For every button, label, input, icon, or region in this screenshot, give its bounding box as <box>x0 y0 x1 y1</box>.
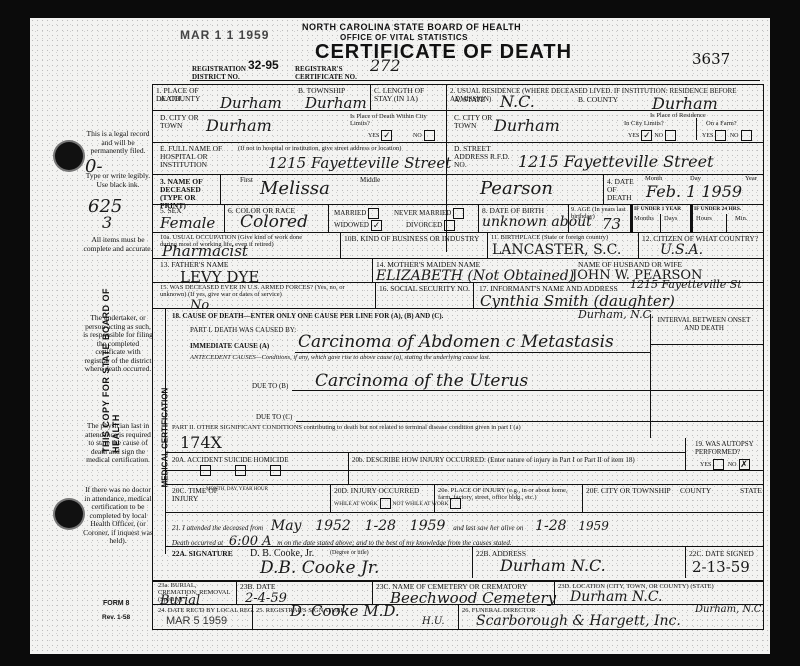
last-name-value[interactable]: Pearson <box>480 178 553 199</box>
no-checkbox[interactable] <box>424 130 435 141</box>
note-legal-record: This is a legal record and will be perma… <box>82 130 154 156</box>
business-label: 10b. KIND OF BUSINESS OR INDUSTRY <box>344 235 479 243</box>
burial-date-label: 23b. DATE <box>240 583 275 591</box>
time-hint: MONTH, DAY, YEAR HOUR <box>206 487 268 492</box>
note-no-doctor: If there was no doctor in attendance, me… <box>82 486 154 546</box>
within-limits-no[interactable]: NO <box>413 130 437 141</box>
armed-forces-value[interactable]: No <box>190 298 209 313</box>
county-label: a. COUNTY <box>160 95 200 103</box>
hospital-label: e. FULL NAME OF HOSPITAL OR INSTITUTION <box>160 145 240 169</box>
attended-from-year[interactable]: 1952 <box>315 518 351 534</box>
hospital-hint: (If not in hospital or institution, give… <box>238 145 401 152</box>
part-2-value[interactable]: 174X <box>180 433 222 452</box>
medical-cert-label: MEDICAL CERTIFICATION <box>161 368 170 508</box>
age-value[interactable]: 73 <box>602 215 621 233</box>
no-checkbox[interactable] <box>741 130 752 141</box>
birthplace-label: 11. BIRTHPLACE (State or foreign country… <box>491 234 608 241</box>
hospital-value[interactable]: 1215 Fayetteville Street <box>268 154 451 172</box>
race-value[interactable]: Colored <box>240 212 308 232</box>
note-type-legibly: Type or write legibly. Use black ink. <box>82 172 154 189</box>
injury-occurred-label: 20d. INJURY OCCURRED <box>334 487 419 495</box>
yes-checkbox[interactable] <box>715 130 726 141</box>
hours-label: Hours <box>696 215 712 222</box>
registrar-signature-value[interactable]: D. Cooke M.D. <box>290 602 400 620</box>
days-label: Days <box>664 215 677 222</box>
street-address-value[interactable]: 1215 Fayetteville Street <box>518 152 714 171</box>
registration-district-value: 32-95 <box>248 58 279 72</box>
registration-district-label: REGISTRATION DISTRICT NO. <box>192 65 252 81</box>
signature-value[interactable]: D.B. Cooke Jr. <box>260 558 379 578</box>
divorced-option[interactable]: DIVORCED <box>406 220 457 231</box>
file-number: 3637 <box>692 50 730 68</box>
funeral-director-value[interactable]: Scarborough & Hargett, Inc. <box>476 613 681 629</box>
no-checkbox[interactable] <box>665 130 676 141</box>
registrar-initials: H.U. <box>422 616 445 627</box>
middle-name-label: Middle <box>360 176 380 184</box>
citizen-value[interactable]: U.S.A. <box>660 242 703 258</box>
registrar-cert-label: REGISTRAR'S CERTIFICATE NO. <box>295 65 375 81</box>
on-farm-checkboxes[interactable]: YES NO <box>702 130 754 141</box>
date-received-label: 24. DATE REC'D BY LOCAL REG. <box>158 607 254 615</box>
on-farm-label: On a Farm? <box>706 120 737 127</box>
yes-checkbox[interactable]: ✓ <box>381 130 392 141</box>
page-title: CERTIFICATE OF DEATH <box>315 41 572 64</box>
burial-location-value[interactable]: Durham N.C. <box>570 589 663 605</box>
due-to-b-label: DUE TO (b) <box>252 382 288 390</box>
registrar-cert-value: 272 <box>370 56 401 75</box>
suicide-checkbox[interactable] <box>235 465 246 476</box>
form-number: FORM 8 <box>103 600 129 607</box>
first-name-label: First <box>240 176 253 184</box>
year-label: Year <box>745 175 757 182</box>
birthplace-value[interactable]: LANCASTER, S.C. <box>492 242 621 258</box>
antecedent-label: ANTECEDENT CAUSES—Conditions, if any, wh… <box>190 354 490 361</box>
interval-label: INTERVAL BETWEEN ONSET AND DEATH <box>654 316 754 332</box>
widowed-option[interactable]: WIDOWED✓ <box>334 220 384 231</box>
death-city-value[interactable]: Durham <box>206 116 272 135</box>
accident-type-checkboxes[interactable] <box>198 461 283 479</box>
immediate-cause-value[interactable]: Carcinoma of Abdomen c Metastasis <box>298 332 614 352</box>
form-revision: Rev. 1-58 <box>102 614 130 621</box>
divorced-checkbox[interactable] <box>444 220 455 231</box>
attended-from-value[interactable]: May <box>271 518 302 534</box>
injury-county-label: COUNTY <box>680 487 711 495</box>
last-seen-value[interactable]: 1-28 <box>535 518 566 534</box>
informant-city: Durham, N.C. <box>578 308 654 321</box>
date-signed-value[interactable]: 2-13-59 <box>692 558 750 576</box>
funeral-director-city: Durham, N.C. <box>695 604 764 615</box>
within-limits-label: Is Place of Death Within City Limits? <box>350 113 446 127</box>
sex-value[interactable]: Female <box>160 214 215 232</box>
widowed-checkbox[interactable]: ✓ <box>371 220 382 231</box>
accident-checkbox[interactable] <box>200 465 211 476</box>
first-name-value[interactable]: Melissa <box>260 178 330 199</box>
street-address-label: d. STREET ADDRESS R.F.D. NO. <box>454 145 514 169</box>
under-24-hrs-label: IF UNDER 24 HRS. <box>694 206 741 213</box>
signature-label: 22a. SIGNATURE <box>172 550 233 558</box>
month-label: Month <box>645 175 662 182</box>
homicide-checkbox[interactable] <box>270 465 281 476</box>
under-1-year-label: IF UNDER 1 YEAR <box>634 206 681 213</box>
injury-city-label: 20f. CITY OR TOWNSHIP <box>586 487 671 495</box>
residence-city-value[interactable]: Durham <box>494 116 560 135</box>
date-of-death-value[interactable]: Feb. 1 1959 <box>646 182 742 201</box>
while-at-work-checkbox[interactable] <box>380 498 391 509</box>
day-label: Day <box>690 175 701 182</box>
note-physician: The physician last in attendance is requ… <box>82 422 154 465</box>
in-city-yes[interactable]: YES✓NO <box>628 130 678 141</box>
immediate-cause-label: IMMEDIATE CAUSE (a) <box>190 342 269 350</box>
date-received-value: MAR 5 1959 <box>166 615 227 627</box>
residence-state-value[interactable]: N.C. <box>500 92 535 111</box>
never-married-checkbox[interactable] <box>453 208 464 219</box>
date-of-death-label: 4. DATE OF DEATH <box>607 178 639 202</box>
part-1-label: PART I. DEATH WAS CAUSED BY: <box>190 326 296 334</box>
yes-checkbox[interactable]: ✓ <box>641 130 652 141</box>
burial-value[interactable]: Burial <box>160 593 200 608</box>
autopsy-no-checkbox[interactable]: ✗ <box>739 459 750 470</box>
attended-to-value[interactable]: 1-28 <box>365 518 396 534</box>
residence-city-label: c. CITY OR TOWN <box>454 114 494 130</box>
punch-hole <box>55 500 83 528</box>
signature-address-value[interactable]: Durham N.C. <box>500 556 606 575</box>
ssn-label: 16. SOCIAL SECURITY NO. <box>379 285 470 293</box>
note-undertaker: The undertaker, or person acting as such… <box>82 314 154 374</box>
months-label: Months <box>634 215 654 222</box>
attended-to-year[interactable]: 1959 <box>410 518 446 534</box>
autopsy-label: 19. WAS AUTOPSY PERFORMED? <box>695 440 755 456</box>
injury-state-label: STATE <box>740 487 762 495</box>
last-seen-year[interactable]: 1959 <box>578 519 609 533</box>
minutes-label: Min. <box>735 215 747 222</box>
due-to-b-value[interactable]: Carcinoma of the Uterus <box>315 371 528 391</box>
death-city-label: d. CITY OR TOWN <box>160 114 200 130</box>
describe-injury-label: 20b. DESCRIBE HOW INJURY OCCURRED: (Ente… <box>352 456 635 464</box>
length-of-stay-label: c. LENGTH OF STAY (in 1a) <box>374 87 444 103</box>
residence-place-label: Is Place of Residence <box>650 112 706 119</box>
received-stamp: MAR 1 1 1959 <box>180 28 269 42</box>
residence-state-label: a. STATE <box>454 96 485 104</box>
autopsy-options[interactable]: YES NO✗ <box>700 459 752 470</box>
informant-address[interactable]: 1215 Fayetteville St <box>630 278 742 291</box>
attendance-line: 21. I attended the deceased from May 195… <box>172 518 609 534</box>
part-2-label: PART II. OTHER SIGNIFICANT CONDITIONS co… <box>172 424 652 431</box>
margin-note-3: 3 <box>102 213 112 232</box>
date-signed-label: 22c. DATE SIGNED <box>689 550 754 558</box>
signature-hint: (Degree or title) <box>330 550 369 556</box>
residence-county-label: b. COUNTY <box>578 96 618 104</box>
due-to-c-label: DUE TO (c) <box>256 413 292 421</box>
autopsy-yes-checkbox[interactable] <box>713 459 724 470</box>
death-certificate: MAR 1 1 1959 NORTH CAROLINA STATE BOARD … <box>30 18 770 654</box>
place-of-injury-label: 20e. PLACE OF INJURY (e.g., in or about … <box>438 487 578 501</box>
cause-of-death-label: 18. CAUSE OF DEATH—ENTER ONLY ONE CAUSE … <box>172 312 443 320</box>
punch-hole <box>55 142 83 170</box>
armed-forces-label: 15. WAS DECEASED EVER IN U.S. ARMED FORC… <box>160 284 360 298</box>
note-complete: All items must be complete and accurate. <box>82 236 154 253</box>
in-city-label: In City Limits? <box>624 120 664 127</box>
married-checkbox[interactable] <box>368 208 379 219</box>
married-option[interactable]: MARRIED <box>334 208 381 219</box>
within-limits-yes[interactable]: YES✓ <box>368 130 394 141</box>
never-married-option[interactable]: NEVER MARRIED <box>394 208 466 219</box>
agency-name: NORTH CAROLINA STATE BOARD OF HEALTH <box>302 22 521 32</box>
